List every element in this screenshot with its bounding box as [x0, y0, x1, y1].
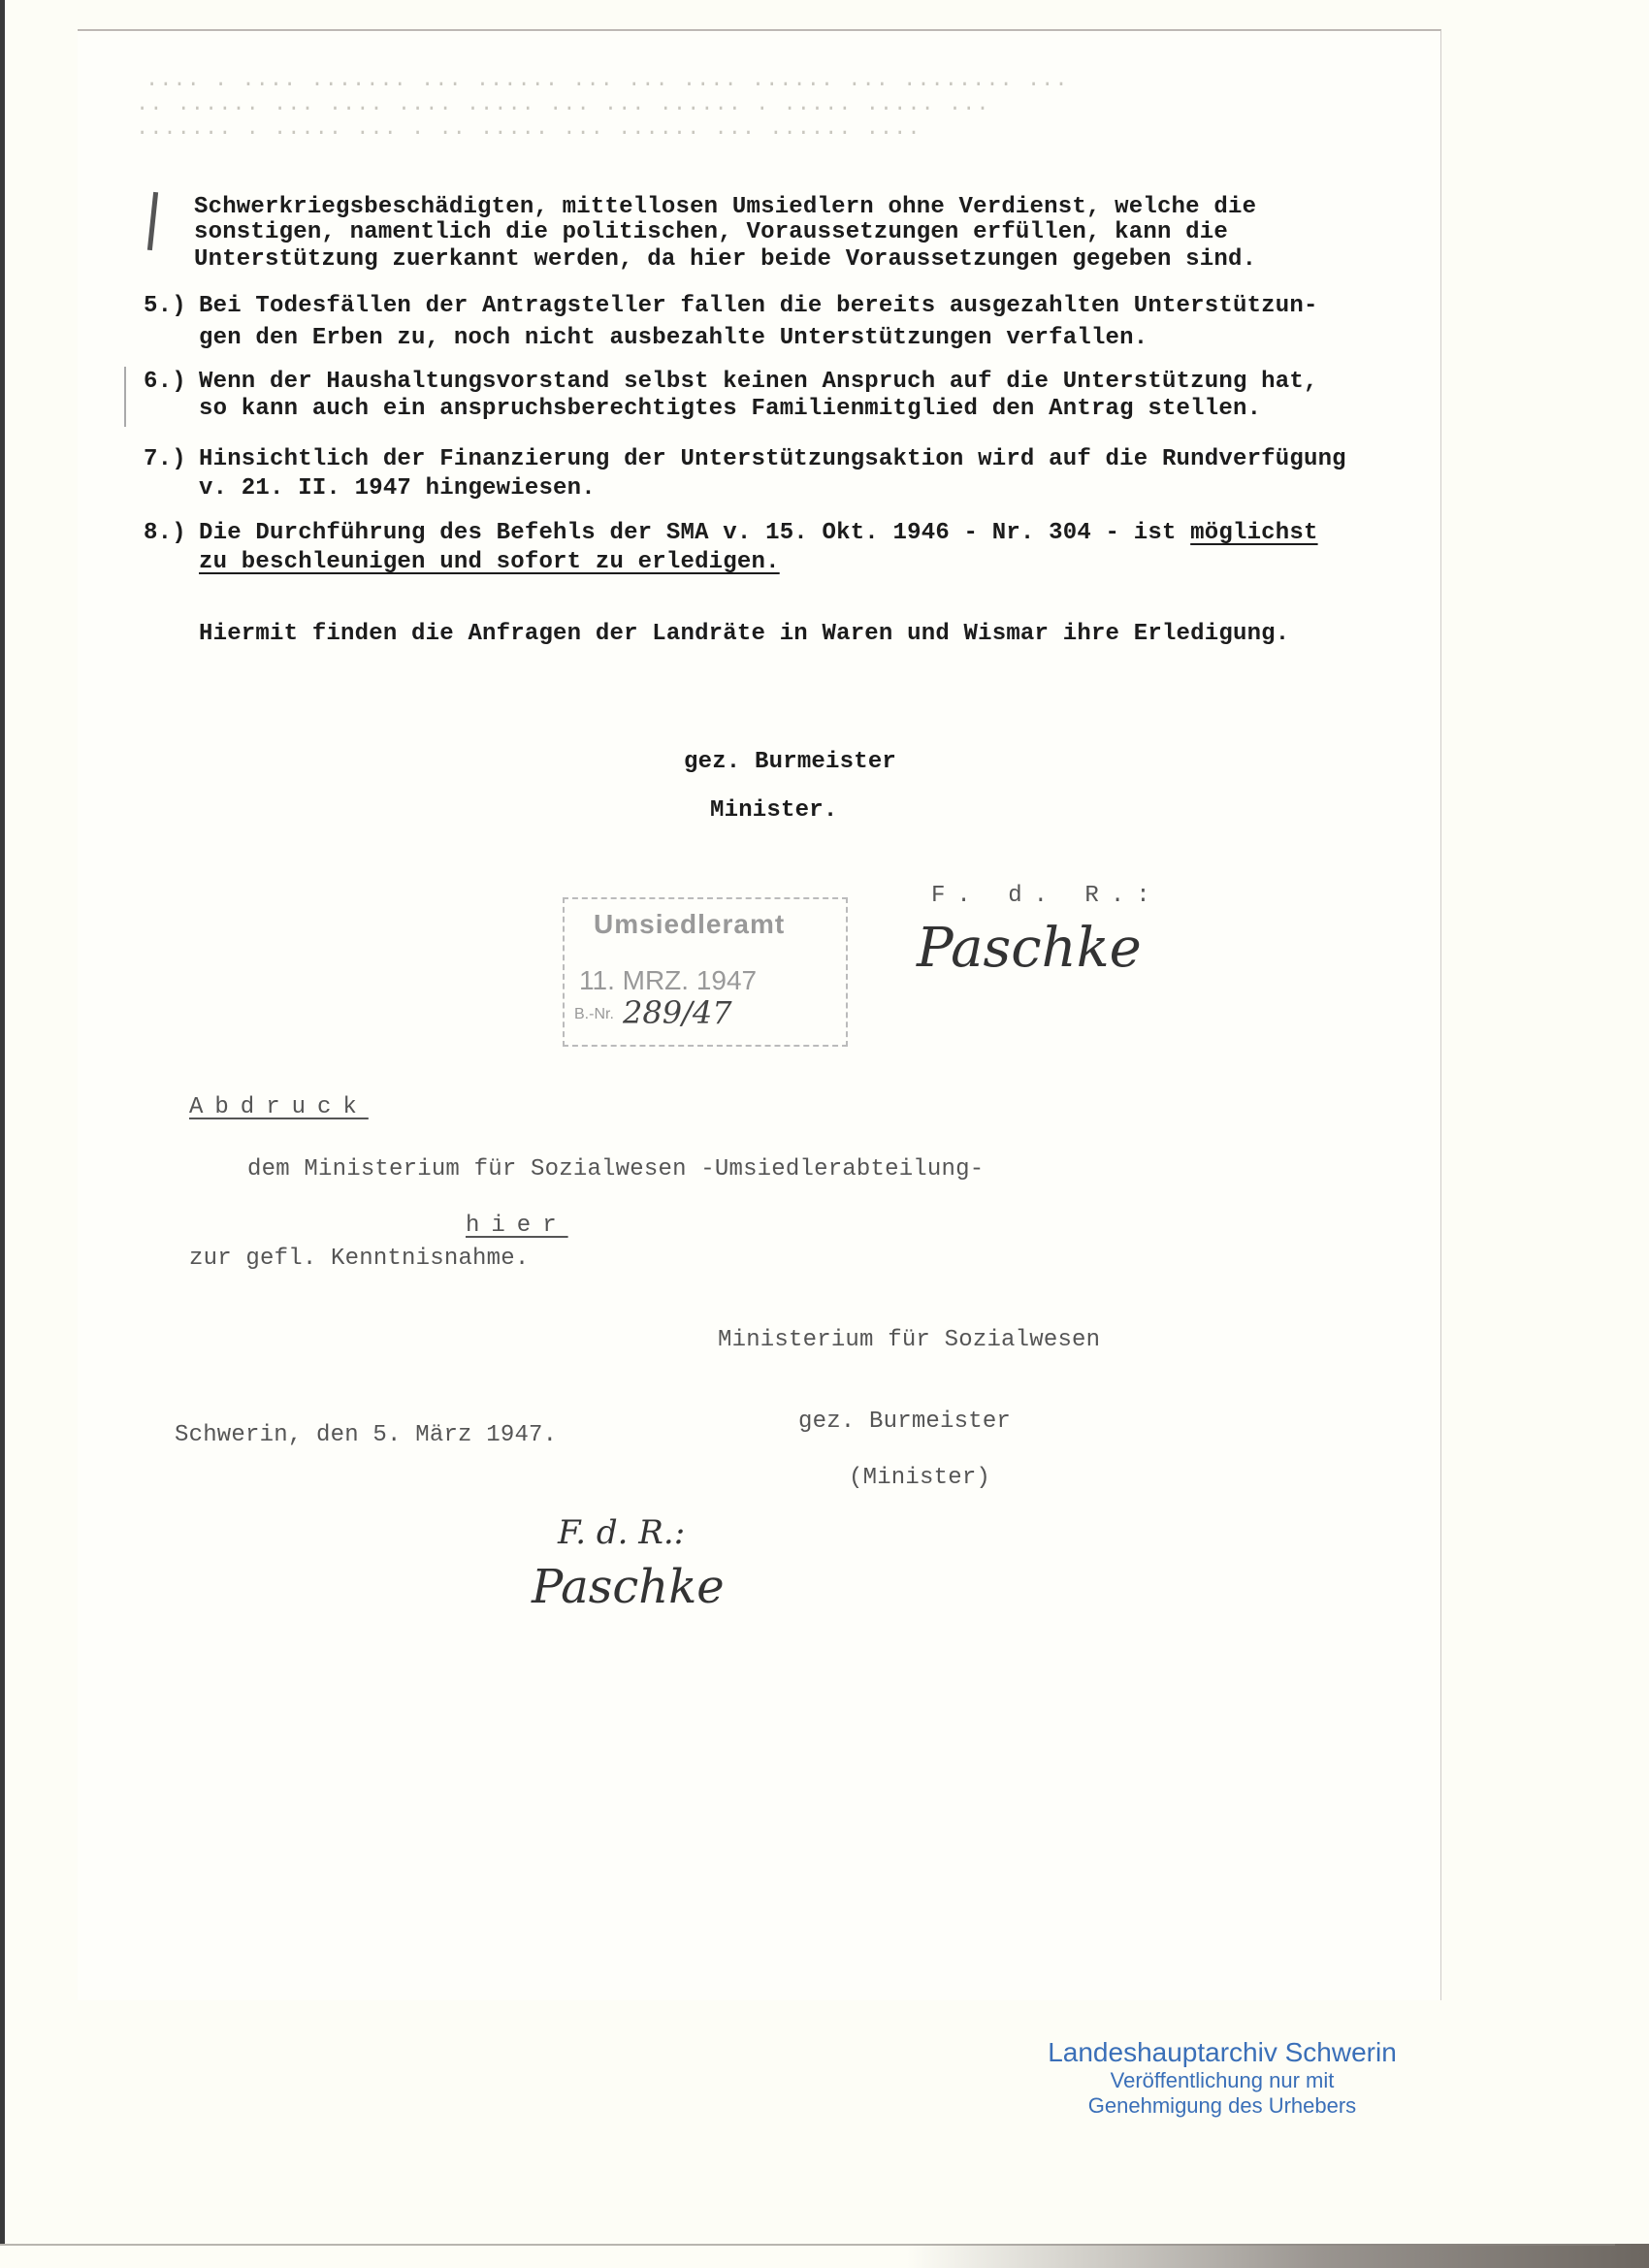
archive-stamp: Landeshauptarchiv Schwerin Veröffentlich… — [1009, 2037, 1436, 2119]
item-text-underlined: möglichst — [1190, 520, 1317, 546]
copy-purpose: zur gefl. Kenntnisnahme. — [189, 1246, 529, 1272]
item-number: 6.) — [144, 369, 186, 395]
footer-title: (Minister) — [849, 1465, 990, 1491]
closing-sentence: Hiermit finden die Anfragen der Landräte… — [199, 621, 1289, 647]
stamp-office: Umsiedleramt — [594, 909, 785, 940]
bleed-through-text: .. ...... ... .... .... ..... ... ... ..… — [136, 92, 990, 116]
bleed-through-text: ....... . ..... ... . .. ..... ... .....… — [136, 116, 921, 141]
copy-heading: Abdruck — [189, 1094, 369, 1120]
scan-edge-left — [0, 0, 5, 2268]
copy-location: hier — [466, 1213, 568, 1239]
archive-notice-line2: Genehmigung des Urhebers — [1009, 2093, 1436, 2119]
receipt-stamp: Umsiedleramt 11. MRZ. 1947 B.-Nr. 289/47 — [563, 897, 848, 1047]
stamp-number-label: B.-Nr. — [574, 1006, 614, 1023]
archive-notice-line1: Veröffentlichung nur mit — [1009, 2068, 1436, 2093]
archive-name: Landeshauptarchiv Schwerin — [1009, 2037, 1436, 2068]
item-line: Wenn der Haushaltungsvorstand selbst kei… — [199, 369, 1318, 395]
scan-edge-bottom — [0, 2244, 1649, 2268]
paragraph-line: sonstigen, namentlich die politischen, V… — [194, 219, 1228, 245]
item-line: Die Durchführung des Befehls der SMA v. … — [199, 520, 1318, 546]
fdr-label: F. d. R.: — [931, 883, 1162, 909]
footer-handwritten-signature: Paschke — [532, 1560, 725, 1614]
item-line: gen den Erben zu, noch nicht ausbezahlte… — [199, 325, 1148, 351]
item-line: so kann auch ein anspruchsberechtigtes F… — [199, 396, 1261, 422]
stamp-number-value: 289/47 — [623, 994, 732, 1031]
item-line: v. 21. II. 1947 hingewiesen. — [199, 475, 596, 502]
item-text: Die Durchführung des Befehls der SMA v. … — [199, 520, 1190, 546]
scan-edge-line — [0, 2244, 1615, 2246]
footer-fdr-handwritten: F. d. R.: — [558, 1513, 685, 1552]
bleed-through-text: .... . .... ....... ... ...... ... ... .… — [145, 68, 1069, 92]
footer-place-date: Schwerin, den 5. März 1947. — [175, 1422, 557, 1448]
margin-bracket — [124, 367, 136, 427]
handwritten-signature: Paschke — [917, 917, 1142, 980]
item-line: Bei Todesfällen der Antragsteller fallen… — [199, 293, 1318, 319]
footer-signed: gez. Burmeister — [798, 1409, 1011, 1435]
item-line: Hinsichtlich der Finanzierung der Unters… — [199, 446, 1346, 472]
footer-ministry: Ministerium für Sozialwesen — [718, 1327, 1100, 1353]
copy-recipient: dem Ministerium für Sozialwesen -Umsiedl… — [247, 1156, 984, 1183]
stamp-date: 11. MRZ. 1947 — [579, 965, 757, 996]
signer-title: Minister. — [710, 797, 837, 824]
item-text-underlined: zu beschleunigen und sofort zu erledigen… — [199, 549, 780, 575]
item-number: 7.) — [144, 446, 186, 472]
paragraph-line: Schwerkriegsbeschädigten, mittellosen Um… — [194, 194, 1256, 220]
paragraph-line: Unterstützung zuerkannt werden, da hier … — [194, 246, 1256, 273]
item-number: 8.) — [144, 520, 186, 546]
item-number: 5.) — [144, 293, 186, 319]
signed-by: gez. Burmeister — [684, 749, 896, 775]
